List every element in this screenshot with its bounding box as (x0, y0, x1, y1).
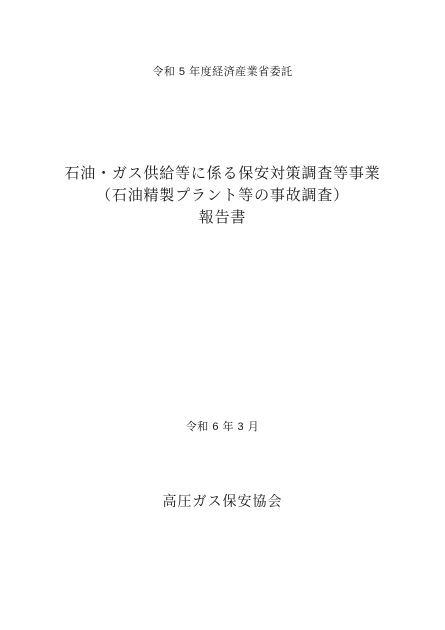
report-title-line-2: （石油精製プラント等の事故調査） (0, 185, 445, 207)
commission-line: 令和 5 年度経済産業省委託 (0, 66, 445, 79)
report-title-line-1: 石油・ガス供給等に係る保安対策調査等事業 (0, 163, 445, 185)
publication-date: 令和 6 年 3 月 (0, 421, 445, 434)
report-title-line-3: 報告書 (0, 207, 445, 229)
report-cover-page: 令和 5 年度経済産業省委託 石油・ガス供給等に係る保安対策調査等事業 （石油精… (0, 0, 445, 630)
report-title: 石油・ガス供給等に係る保安対策調査等事業 （石油精製プラント等の事故調査） 報告… (0, 163, 445, 229)
organization-name: 高圧ガス保安協会 (0, 493, 445, 509)
